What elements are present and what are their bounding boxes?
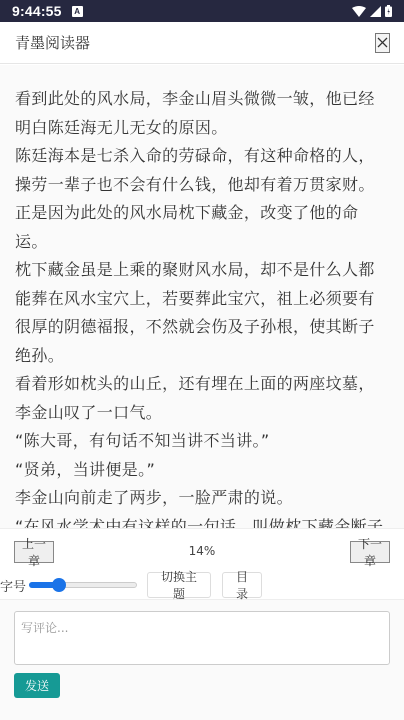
paragraph: 正是因为此处的风水局枕下藏金，改变了他的命运。 <box>15 199 389 256</box>
next-chapter-button[interactable]: 下一章 <box>350 541 390 563</box>
paragraph: “贤弟，当讲便是。” <box>15 456 389 485</box>
app-header: 青墨阅读器 <box>0 22 404 64</box>
paragraph: 李金山向前走了两步，一脸严肃的说。 <box>15 484 389 513</box>
paragraph: 枕下藏金虽是上乘的聚财风水局，却不是什么人都能葬在风水宝穴上，若要葬此宝穴，祖上… <box>15 256 389 370</box>
paragraph: 陈廷海本是七杀入命的劳碌命，有这种命格的人，操劳一辈子也不会有什么钱，他却有着万… <box>15 142 389 199</box>
status-time: 9:44:55 <box>12 3 62 19</box>
status-left: 9:44:55 A <box>12 3 83 19</box>
paragraph: “陈大哥，有句话不知当讲不当讲。” <box>15 427 389 456</box>
paragraph: “在风水学术中有这样的一句话，叫做枕下藏金断子绝孙，枕下藏金对死者的阴德福报要求… <box>15 513 389 529</box>
app-title: 青墨阅读器 <box>15 32 90 53</box>
table-of-contents-button[interactable]: 目录 <box>222 572 262 598</box>
font-size-slider[interactable] <box>29 579 137 591</box>
slider-thumb[interactable] <box>52 578 66 592</box>
paragraph: 看到此处的风水局，李金山眉头微微一皱，他已经明白陈廷海无儿无女的原因。 <box>15 85 389 142</box>
settings-row: 字号 切换主题 目录 <box>0 571 404 599</box>
switch-theme-button[interactable]: 切换主题 <box>147 572 211 598</box>
reader-controls: 上一章 14% 下一章 字号 切换主题 目录 <box>0 528 404 600</box>
close-button[interactable] <box>375 33 390 53</box>
reading-progress: 14% <box>180 544 224 558</box>
battery-icon <box>385 5 392 17</box>
comment-section: 发送 <box>0 600 404 720</box>
status-right <box>352 5 392 17</box>
paragraph: 看着形如枕头的山丘，还有埋在上面的两座坟墓，李金山叹了一口气。 <box>15 370 389 427</box>
chapter-nav: 上一章 14% 下一章 <box>0 541 404 563</box>
status-bar: 9:44:55 A <box>0 0 404 22</box>
close-icon <box>377 33 388 52</box>
font-size-label: 字号 <box>0 576 26 595</box>
comment-input[interactable] <box>14 611 390 665</box>
reader-content[interactable]: 看到此处的风水局，李金山眉头微微一皱，他已经明白陈廷海无儿无女的原因。 陈廷海本… <box>0 65 404 528</box>
notification-a-icon: A <box>72 6 83 17</box>
cell-signal-icon <box>370 6 381 17</box>
send-button[interactable]: 发送 <box>14 673 60 698</box>
prev-chapter-button[interactable]: 上一章 <box>14 541 54 563</box>
wifi-icon <box>352 6 366 17</box>
